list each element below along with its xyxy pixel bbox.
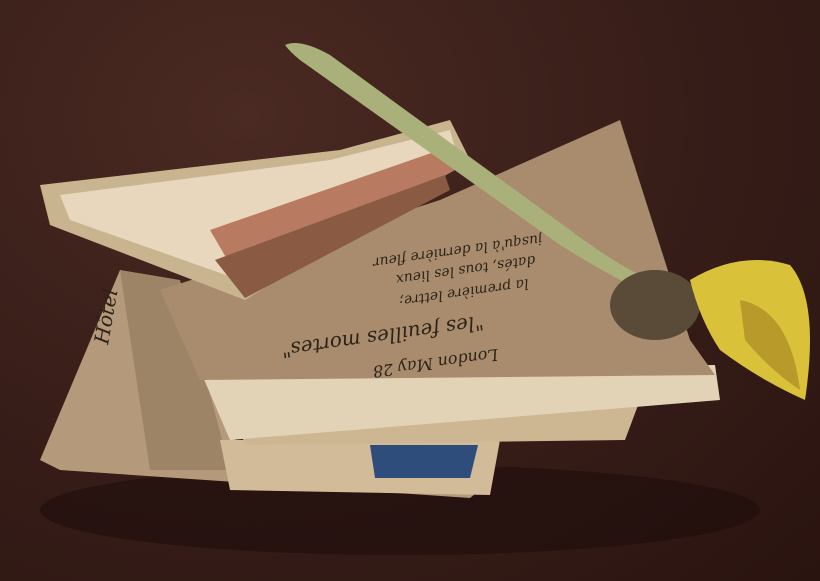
- flower-bud: [610, 270, 700, 340]
- painting-canvas: Hôtel "les feuilles mortes" la première …: [0, 0, 820, 581]
- postage-stamp: [370, 445, 478, 478]
- still-life-illustration: Hôtel "les feuilles mortes" la première …: [0, 0, 820, 581]
